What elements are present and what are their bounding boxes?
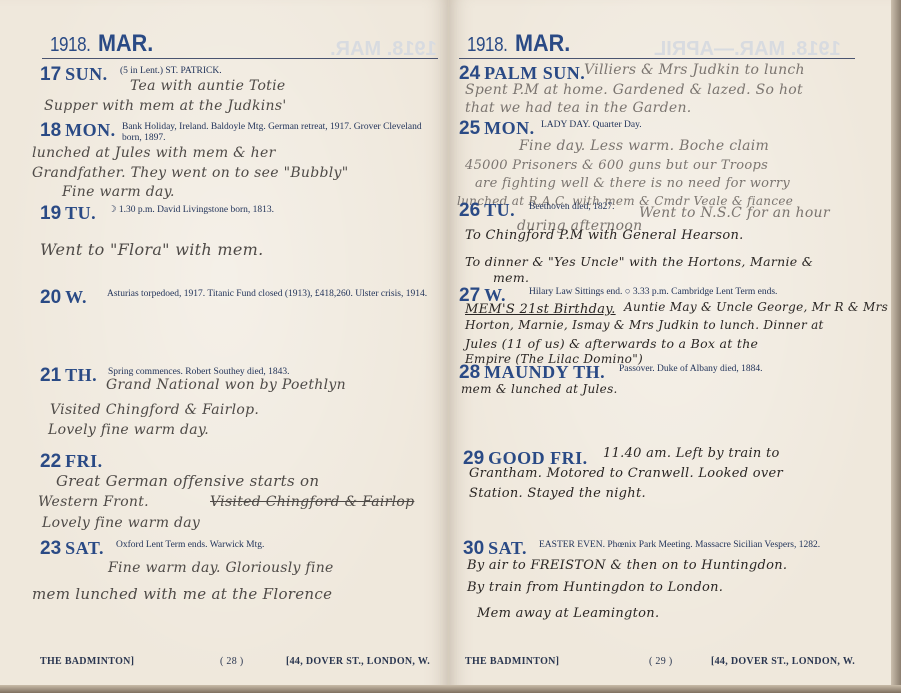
day-number: 28 — [459, 362, 480, 383]
day-entry-25: 25MON. LADY DAY. Quarter Day. — [459, 118, 535, 140]
printed-note: LADY DAY. Quarter Day. — [541, 120, 642, 131]
handwritten-line: are fighting well & there is no need for… — [475, 176, 790, 191]
day-entry-19: 19TU. ☽ 1.30 p.m. David Livingstone born… — [40, 203, 96, 225]
handwritten-line: lunched at Jules with mem & her — [32, 145, 276, 161]
page-number: ( 28 ) — [220, 656, 243, 667]
handwritten-line: Horton, Marnie, Ismay & Mrs Judkin to lu… — [465, 318, 824, 332]
handwritten-line: To dinner & "Yes Uncle" with the Hortons… — [465, 254, 813, 269]
handwritten-line: Western Front. — [38, 494, 149, 510]
printed-note: Asturias torpedoed, 1917. Titanic Fund c… — [107, 289, 440, 300]
handwritten-line: Fine warm day. Gloriously fine — [108, 560, 334, 576]
printed-note: Hilary Law Sittings end. ○ 3.33 p.m. Cam… — [529, 287, 777, 298]
page-header: 1918. MAR. — [467, 30, 576, 58]
handwritten-line: 45000 Prisoners & 600 guns but our Troop… — [465, 158, 768, 173]
handwritten-line: Mem away at Leamington. — [477, 606, 659, 621]
day-entry-20: 20W. Asturias torpedoed, 1917. Titanic F… — [40, 287, 440, 309]
day-name: SAT. — [65, 538, 104, 558]
handwritten-line: mem & lunched at Jules. — [461, 382, 618, 396]
handwritten-line: that we had tea in the Garden. — [465, 100, 692, 116]
handwritten-line: mem. — [493, 270, 529, 285]
day-entry-17: 17SUN. (5 in Lent.) ST. PATRICK. — [40, 64, 108, 86]
handwritten-line: Auntie May & Uncle George, Mr R & Mrs — [624, 300, 888, 314]
day-name: TU. — [65, 203, 96, 223]
day-name: W. — [65, 287, 87, 307]
footer-publisher: THE BADMINTON] — [465, 656, 559, 667]
printed-note: Oxford Lent Term ends. Warwick Mtg. — [116, 540, 264, 551]
handwritten-line: Grantham. Motored to Cranwell. Looked ov… — [469, 466, 783, 481]
day-entry-21: 21TH. Spring commences. Robert Southey d… — [40, 365, 97, 387]
day-name: GOOD FRI. — [488, 448, 588, 468]
day-number: 26 — [459, 200, 480, 221]
day-number: 21 — [40, 365, 61, 386]
day-number: 19 — [40, 203, 61, 224]
handwritten-line: Fine warm day. — [62, 184, 175, 200]
header-month: MAR. — [515, 30, 570, 58]
day-entry-26: 26TU. Beethoven died, 1827. — [459, 200, 515, 222]
header-rule — [459, 58, 855, 59]
handwritten-line: Visited Chingford & Fairlop. — [50, 402, 259, 418]
day-number: 30 — [463, 538, 484, 559]
handwritten-line: mem lunched with me at the Florence — [32, 585, 332, 603]
handwritten-line: Grand National won by Poethlyn — [106, 377, 346, 393]
handwritten-line: Supper with mem at the Judkins' — [44, 98, 287, 114]
day-name: FRI. — [65, 451, 103, 471]
right-diary-page: 1918. MAR.—APRIL 1918. MAR. 24PALM SUN. … — [449, 0, 891, 693]
day-number: 23 — [40, 538, 61, 559]
header-rule — [42, 58, 438, 59]
printed-note: Passover. Duke of Albany died, 1884. — [619, 364, 763, 375]
handwritten-line: Lovely fine warm day. — [48, 422, 209, 438]
handwritten-line: Spent P.M at home. Gardened & lazed. So … — [465, 82, 803, 98]
day-number: 18 — [40, 120, 61, 141]
day-name: TU. — [484, 200, 515, 220]
printed-note: EASTER EVEN. Phœnix Park Meeting. Massac… — [539, 540, 859, 551]
header-month: MAR. — [98, 30, 153, 58]
header-year: 1918. — [50, 34, 90, 57]
day-name: PALM SUN. — [484, 63, 585, 83]
day-entry-18: 18MON. Bank Holiday, Ireland. Baldoyle M… — [40, 120, 440, 142]
day-number: 20 — [40, 287, 61, 308]
book-edge-bottom — [0, 685, 901, 693]
struck-out-line: Visited Chingford & Fairlop — [210, 494, 414, 510]
day-name: TH. — [65, 365, 97, 385]
footer-address: [44, DOVER ST., LONDON, W. — [711, 656, 855, 667]
day-name: SUN. — [65, 64, 108, 84]
handwritten-line: 11.40 am. Left by train to — [603, 446, 780, 461]
day-entry-30: 30SAT. EASTER EVEN. Phœnix Park Meeting.… — [463, 538, 863, 560]
handwritten-line: Went to "Flora" with mem. — [40, 240, 263, 259]
day-name: MON. — [65, 120, 116, 140]
page-header: 1918. MAR. — [50, 30, 159, 58]
handwritten-line: To Chingford P.M with General Hearson. — [465, 228, 744, 243]
handwritten-line: Tea with auntie Totie — [130, 78, 285, 94]
handwritten-line: Grandfather. They went on to see "Bubbly… — [32, 165, 348, 181]
handwritten-line: Lovely fine warm day — [42, 515, 200, 531]
handwritten-line: Villiers & Mrs Judkin to lunch — [584, 62, 805, 78]
day-entry-23: 23SAT. Oxford Lent Term ends. Warwick Mt… — [40, 538, 104, 560]
printed-note: ☽ 1.30 p.m. David Livingstone born, 1813… — [108, 205, 274, 216]
footer-publisher: THE BADMINTON] — [40, 656, 134, 667]
handwritten-line: By train from Huntingdon to London. — [467, 580, 723, 595]
handwritten-line: Jules (11 of us) & afterwards to a Box a… — [465, 336, 758, 351]
printed-note: Beethoven died, 1827. — [529, 202, 614, 213]
day-number: 22 — [40, 451, 61, 472]
day-number: 24 — [459, 63, 480, 84]
day-number: 17 — [40, 64, 61, 85]
page-number: ( 29 ) — [649, 656, 672, 667]
day-name: MAUNDY TH. — [484, 362, 605, 382]
handwritten-line: Went to N.S.C for an hour — [639, 205, 830, 221]
day-name: SAT. — [488, 538, 527, 558]
footer-address: [44, DOVER ST., LONDON, W. — [286, 656, 430, 667]
day-name: MON. — [484, 118, 535, 138]
book-edge-right — [891, 0, 901, 693]
handwritten-line: Fine day. Less warm. Boche claim — [519, 138, 769, 154]
handwritten-line: MEM'S 21st Birthday. — [465, 302, 616, 317]
handwritten-line: Great German offensive starts on — [56, 472, 319, 490]
printed-note: (5 in Lent.) ST. PATRICK. — [120, 66, 222, 77]
printed-note: Bank Holiday, Ireland. Baldoyle Mtg. Ger… — [122, 122, 442, 144]
handwritten-line: By air to FREISTON & then on to Huntingd… — [467, 558, 787, 573]
day-number: 25 — [459, 118, 480, 139]
handwritten-line: Station. Stayed the night. — [469, 486, 646, 501]
day-entry-22: 22FRI. — [40, 451, 103, 473]
header-year: 1918. — [467, 34, 507, 57]
left-diary-page: 1918. MAR. 1918. MAR. 17SUN. (5 in Lent.… — [0, 0, 449, 693]
day-entry-28: 28MAUNDY TH. Passover. Duke of Albany di… — [459, 362, 605, 384]
